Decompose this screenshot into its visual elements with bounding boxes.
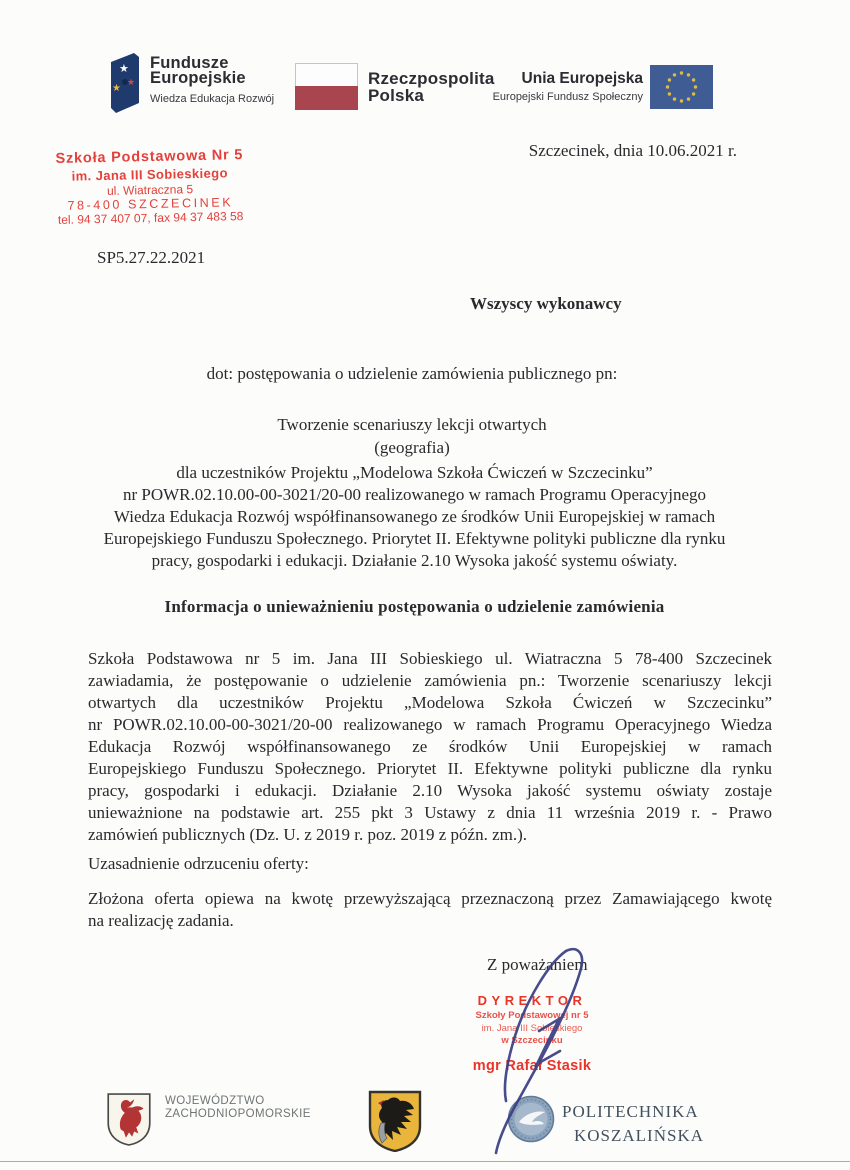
school-stamp-line5: tel. 94 37 407 07, fax 94 37 483 58: [51, 210, 251, 226]
school-stamp-line1: Szkoła Podstawowa Nr 5: [49, 148, 249, 167]
school-stamp: Szkoła Podstawowa Nr 5 im. Jana III Sobi…: [49, 148, 251, 226]
project-description: dla uczestników Projektu „Modelowa Szkoł…: [57, 462, 772, 572]
director-stamp-line1: Szkoły Podstawowej nr 5: [462, 1011, 602, 1021]
poland-flag-icon: [295, 63, 358, 110]
subject-subtitle: (geografia): [52, 438, 772, 458]
body-line: pracy, gospodarki i edukacji. Działanie …: [88, 780, 772, 802]
reference-number: SP5.27.22.2021: [97, 248, 205, 268]
project-line: nr POWR.02.10.00-00-3021/20-00 realizowa…: [57, 484, 772, 506]
eu-line1: Unia Europejska: [430, 70, 643, 88]
date-line: Szczecinek, dnia 10.06.2021 r.: [500, 141, 737, 161]
recipient: Wszyscy wykonawcy: [470, 294, 622, 314]
school-stamp-line2: im. Jana III Sobieskiego: [50, 165, 250, 182]
director-stamp-line2: im. Jana III Sobieskiego: [462, 1024, 602, 1034]
body-line: zawiadamia, że postępowanie o udzielenie…: [88, 670, 772, 692]
body-line: otwartych dla uczestników Projektu „Mode…: [88, 692, 772, 714]
subject-title: Tworzenie scenariuszy lekcji otwartych: [52, 415, 772, 435]
justification-label: Uzasadnienie odrzuceniu oferty:: [88, 854, 309, 874]
justification-line: Złożona oferta opiewa na kwotę przewyższ…: [88, 888, 772, 910]
body-line: Edukacja Rozwój współfinansowanego ze śr…: [88, 736, 772, 758]
scan-page-edge: [0, 1161, 850, 1162]
svg-text:★: ★: [119, 62, 129, 75]
szczecinek-crest-icon: [368, 1090, 422, 1152]
director-stamp-title: DYREKTOR: [462, 994, 602, 1007]
body-line: Szkoła Podstawowa nr 5 im. Jana III Sobi…: [88, 648, 772, 670]
svg-text:★: ★: [127, 78, 135, 88]
director-stamp-line3: w Szczecinku: [462, 1036, 602, 1046]
politechnika-line1: POLITECHNIKA: [562, 1100, 704, 1124]
svg-text:★: ★: [112, 83, 121, 94]
body-line: zamówień publicznych (Dz. U. z 2019 r. p…: [88, 824, 772, 846]
justification-line: na realizację zadania.: [88, 910, 772, 932]
fundusze-europejskie-label: Fundusze Europejskie Wiedza Edukacja Roz…: [150, 56, 274, 107]
body-line: nr POWR.02.10.00-00-3021/20-00 realizowa…: [88, 714, 772, 736]
unia-europejska-label: Unia Europejska Europejski Fundusz Społe…: [430, 70, 643, 103]
fundusze-line2: Europejskie: [150, 71, 274, 86]
project-line: dla uczestników Projektu „Modelowa Szkoł…: [57, 462, 772, 484]
project-line: pracy, gospodarki i edukacji. Działanie …: [57, 550, 772, 572]
director-stamp: DYREKTOR Szkoły Podstawowej nr 5 im. Jan…: [462, 994, 602, 1073]
director-signature-name: mgr Rafał Stasik: [462, 1059, 602, 1074]
voivodeship-line1: WOJEWÓDZTWO: [165, 1095, 311, 1108]
section-heading: Informacja o unieważnieniu postępowania …: [57, 597, 772, 617]
project-line: Europejskiego Funduszu Społecznego. Prio…: [57, 528, 772, 550]
zachodniopomorskie-griffin-shield-icon: [106, 1092, 152, 1146]
poland-flag-red-stripe: [295, 86, 358, 110]
closing-phrase: Z poważaniem: [487, 955, 588, 975]
politechnika-label: POLITECHNIKA KOSZALIŃSKA: [562, 1100, 704, 1148]
voivodeship-label: WOJEWÓDZTWO ZACHODNIOPOMORSKIE: [165, 1095, 311, 1120]
eu-line2: Europejski Fundusz Społeczny: [430, 91, 643, 103]
scanned-letter-page: ★ ★ ★ Fundusze Europejskie Wiedza Edukac…: [0, 0, 850, 1170]
body-line: Europejskiego Funduszu Społecznego. Prio…: [88, 758, 772, 780]
justification-text: Złożona oferta opiewa na kwotę przewyższ…: [88, 888, 772, 932]
politechnika-line2: KOSZALIŃSKA: [562, 1124, 704, 1148]
eu-flag-icon: [650, 65, 713, 109]
politechnika-koszalinska-logo-icon: [507, 1095, 555, 1143]
project-line: Wiedza Edukacja Rozwój współfinansowaneg…: [57, 506, 772, 528]
body-paragraph: Szkoła Podstawowa nr 5 im. Jana III Sobi…: [88, 648, 772, 846]
voivodeship-line2: ZACHODNIOPOMORSKIE: [165, 1108, 311, 1121]
body-line: unieważnione na podstawie art. 255 pkt 3…: [88, 802, 772, 824]
fundusze-line3: Wiedza Edukacja Rozwój: [150, 92, 274, 107]
subject-intro: dot: postępowania o udzielenie zamówieni…: [52, 364, 772, 384]
fundusze-europejskie-flag-icon: ★ ★ ★: [108, 53, 142, 113]
